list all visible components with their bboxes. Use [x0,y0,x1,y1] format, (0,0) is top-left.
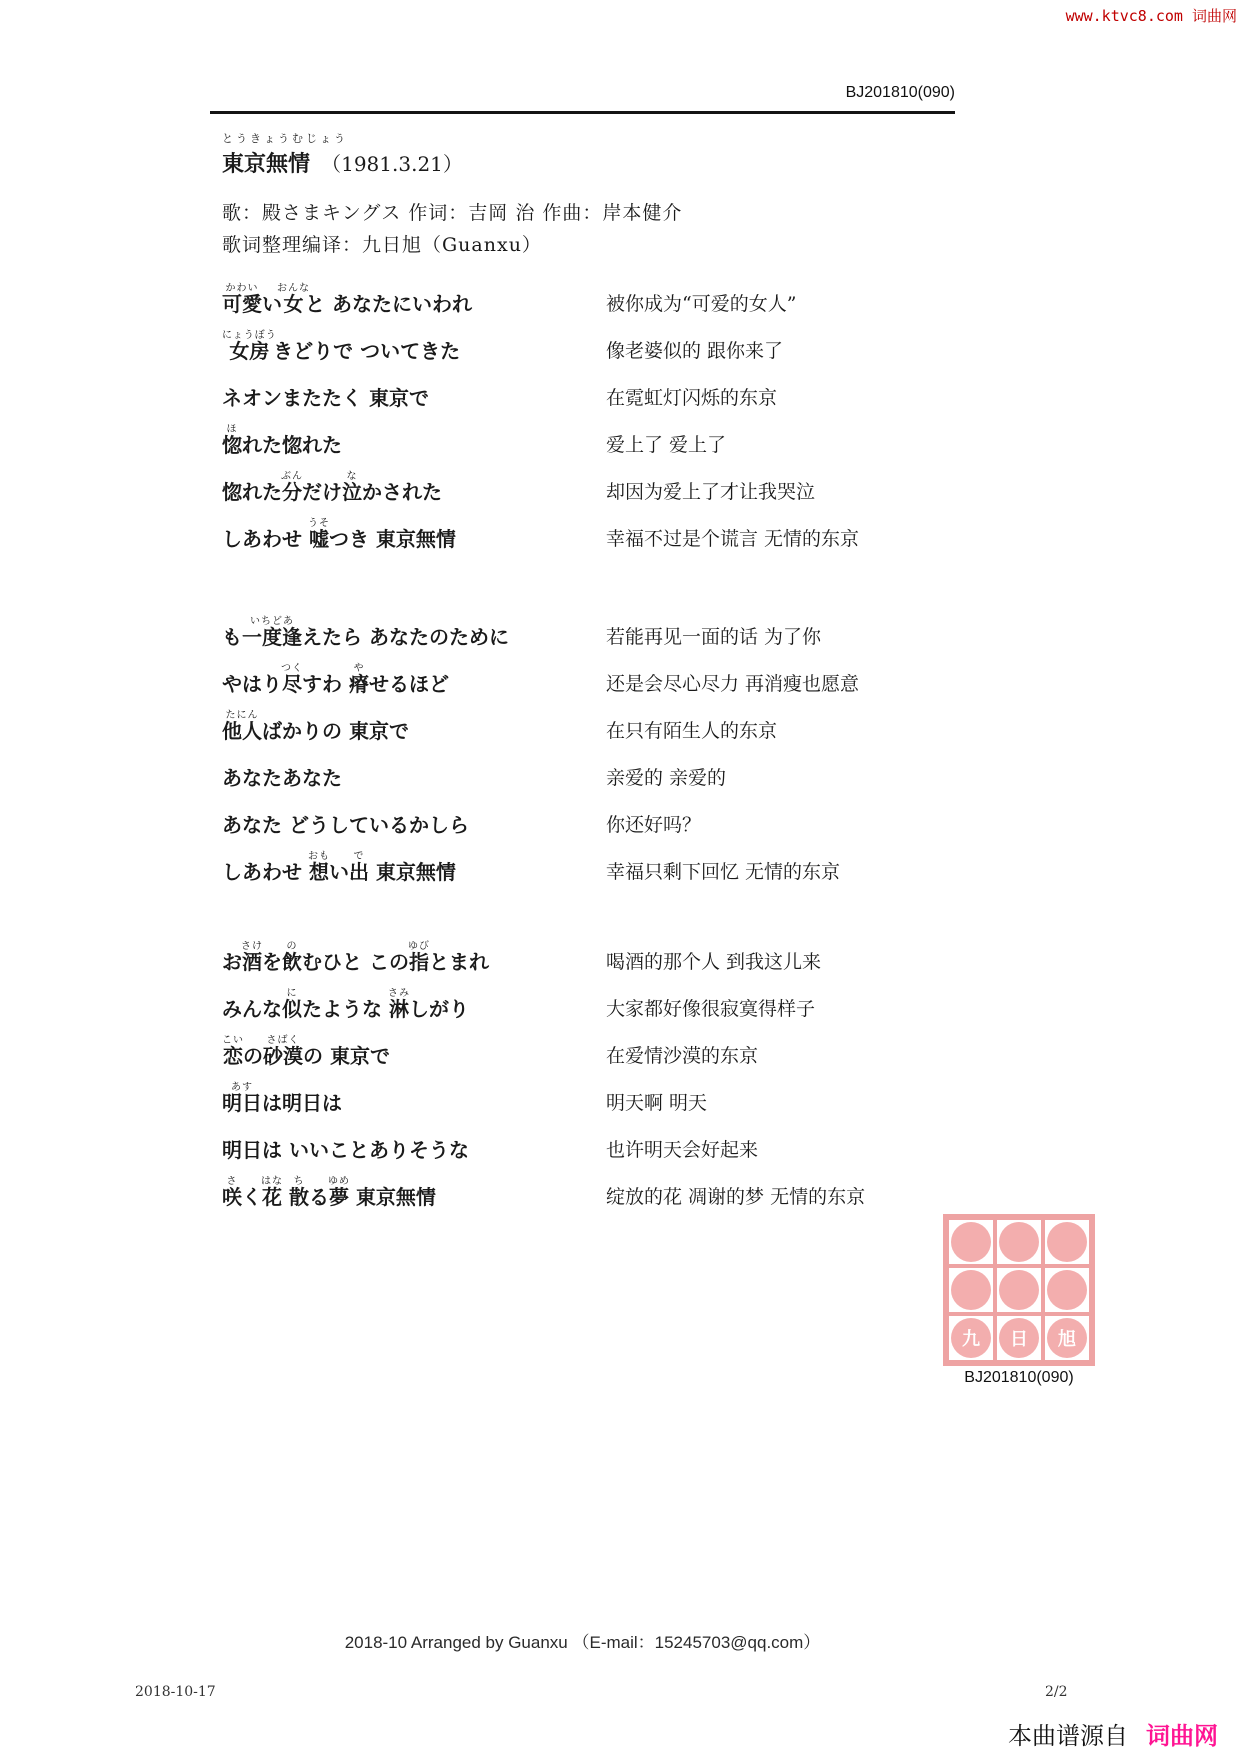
lyric-chinese-translation: 亲爱的 亲爱的 [606,769,726,789]
document-id: BJ201810(090) [210,84,955,102]
stamp-cell: 日 [995,1314,1043,1362]
verse-3: お酒さけを飲のむひと この指ゆびとまれ喝酒的那个人 到我这儿来みんな似にたような… [222,926,865,1208]
lyric-japanese: やはり尽つくすわ 瘠やせるほど [222,663,606,695]
lyric-row: お酒さけを飲のむひと この指ゆびとまれ喝酒的那个人 到我这儿来 [222,926,865,973]
lyric-japanese: あなたあなた [222,768,606,789]
site-watermark: www.ktvc8.com 词曲网 [1066,5,1237,26]
lyric-chinese-translation: 被你成为“可爱的女人” [606,295,796,315]
lyric-chinese-translation: 喝酒的那个人 到我这儿来 [606,953,821,973]
lyric-chinese-translation: 明天啊 明天 [606,1094,707,1114]
lyric-chinese-translation: 却因为爱上了才让我哭泣 [606,483,815,503]
lyric-row: しあわせ 嘘うそつき 東京無情幸福不过是个谎言 无情的东京 [222,503,859,550]
lyric-chinese-translation: 幸福只剩下回忆 无情的东京 [606,863,840,883]
stamp-dot [951,1222,991,1262]
stamp-seal-char: 九 [951,1318,991,1358]
lyric-japanese: 可愛かわいい女おんなと あなたにいわれ [222,283,606,315]
lyric-chinese-translation: 绽放的花 凋谢的梦 无情的东京 [606,1188,865,1208]
stamp-cell: 九 [947,1314,995,1362]
lyric-row: も一度逢いちどあえたら あなたのために若能再见一面的话 为了你 [222,601,859,648]
verse-2: も一度逢いちどあえたら あなたのために若能再见一面的话 为了你やはり尽つくすわ … [222,601,859,883]
lyric-chinese-translation: 在只有陌生人的东京 [606,722,777,742]
page-number: 2/2 [1045,1684,1068,1700]
lyric-japanese: しあわせ 嘘うそつき 東京無情 [222,518,606,550]
stamp-dot [999,1270,1039,1310]
lyric-japanese: 咲さく花はな 散ちる夢ゆめ 東京無情 [222,1176,606,1208]
lyric-row: 咲さく花はな 散ちる夢ゆめ 東京無情绽放的花 凋谢的梦 无情的东京 [222,1161,865,1208]
seal-stamp: 九 日 旭 [943,1214,1095,1366]
header-divider [210,111,955,114]
lyric-chinese-translation: 还是会尽心尽力 再消瘦也愿意 [606,675,859,695]
lyric-japanese: 惚れた分ぶんだけ泣なかされた [222,471,606,503]
source-prefix-text: 本曲谱源自 [1008,1722,1128,1750]
lyric-chinese-translation: 也许明天会好起来 [606,1141,758,1161]
lyric-row: 他人たにんばかりの 東京で在只有陌生人的东京 [222,695,859,742]
lyric-chinese-translation: 你还好吗？ [606,816,701,836]
lyric-chinese-translation: 在爱情沙漠的东京 [606,1047,758,1067]
lyric-japanese: 明日あすは明日は [222,1082,606,1114]
lyric-japanese: 明日は いいことありそうな [222,1140,606,1161]
lyric-chinese-translation: 像老婆似的 跟你来了 [606,342,783,362]
footer-date: 2018-10-17 [135,1684,216,1700]
lyric-japanese: しあわせ 想おもい出で 東京無情 [222,851,606,883]
lyric-japanese: お酒さけを飲のむひと この指ゆびとまれ [222,941,606,973]
stamp-cell [995,1266,1043,1314]
lyric-chinese-translation: 幸福不过是个谎言 无情的东京 [606,530,859,550]
stamp-seal-char: 旭 [1047,1318,1087,1358]
lyric-row: やはり尽つくすわ 瘠やせるほど还是会尽心尽力 再消瘦也愿意 [222,648,859,695]
lyric-row: あなた どうしているかしら你还好吗？ [222,789,859,836]
credits-line: 歌：殿さまキングス 作词：吉岡 治 作曲：岸本健介 [222,198,682,225]
lyric-row: しあわせ 想おもい出で 東京無情幸福只剩下回忆 无情的东京 [222,836,859,883]
lyric-chinese-translation: 大家都好像很寂寞得样子 [606,1000,815,1020]
lyric-row: あなたあなた亲爱的 亲爱的 [222,742,859,789]
lyric-japanese: 他人たにんばかりの 東京で [222,710,606,742]
lyric-row: 惚ほれた惚れた爱上了 爱上了 [222,409,859,456]
stamp-cell [947,1266,995,1314]
lyric-row: 恋こいの砂漠さばくの 東京で在爱情沙漠的东京 [222,1020,865,1067]
lyric-japanese: 女房にょうぼうきどりで ついてきた [222,330,606,362]
lyric-chinese-translation: 若能再见一面的话 为了你 [606,628,821,648]
lyric-row: 女房にょうぼうきどりで ついてきた像老婆似的 跟你来了 [222,315,859,362]
lyric-row: 惚れた分ぶんだけ泣なかされた却因为爱上了才让我哭泣 [222,456,859,503]
stamp-dot [1047,1222,1087,1262]
lyric-row: ネオンまたたく 東京で在霓虹灯闪烁的东京 [222,362,859,409]
lyric-japanese: 恋こいの砂漠さばくの 東京で [222,1035,606,1067]
lyric-japanese: も一度逢いちどあえたら あなたのために [222,616,606,648]
song-date: （1981.3.21） [321,152,463,176]
arranged-by-line: 2018-10 Arranged by Guanxu （E-mail：15245… [210,1628,955,1653]
lyric-row: 可愛かわいい女おんなと あなたにいわれ被你成为“可爱的女人” [222,268,859,315]
lyric-japanese: あなた どうしているかしら [222,815,606,836]
stamp-seal-char: 日 [999,1318,1039,1358]
lyric-japanese: ネオンまたたく 東京で [222,388,606,409]
source-attribution: 本曲谱源自词曲网 [1008,1716,1218,1751]
lyric-chinese-translation: 爱上了 爱上了 [606,436,726,456]
stamp-cell: 旭 [1043,1314,1091,1362]
title-furigana: とうきょうむじょう [222,130,463,146]
verse-1: 可愛かわいい女おんなと あなたにいわれ被你成为“可爱的女人”女房にょうぼうきどり… [222,268,859,550]
lyric-row: みんな似にたような 淋さみしがり大家都好像很寂寞得样子 [222,973,865,1020]
song-title: 東京無情 [222,152,310,177]
stamp-cell [995,1218,1043,1266]
stamp-dot [1047,1270,1087,1310]
lyric-row: 明日あすは明日は明天啊 明天 [222,1067,865,1114]
lyric-row: 明日は いいことありそうな也许明天会好起来 [222,1114,865,1161]
lyric-japanese: みんな似にたような 淋さみしがり [222,988,606,1020]
stamp-dot [951,1270,991,1310]
lyric-sheet-page: www.ktvc8.com 词曲网 BJ201810(090) とうきょうむじょ… [0,0,1241,1755]
lyric-japanese: 惚ほれた惚れた [222,424,606,456]
stamp-cell [1043,1266,1091,1314]
stamp-document-id: BJ201810(090) [943,1369,1095,1387]
stamp-cell [1043,1218,1091,1266]
stamp-dot [999,1222,1039,1262]
lyric-chinese-translation: 在霓虹灯闪烁的东京 [606,389,777,409]
title-block: とうきょうむじょう 東京無情 （1981.3.21） [222,130,463,178]
stamp-cell [947,1218,995,1266]
arranger-line: 歌词整理编译：九日旭（Guanxu） [222,230,542,257]
source-site-link[interactable]: 词曲网 [1146,1722,1218,1755]
